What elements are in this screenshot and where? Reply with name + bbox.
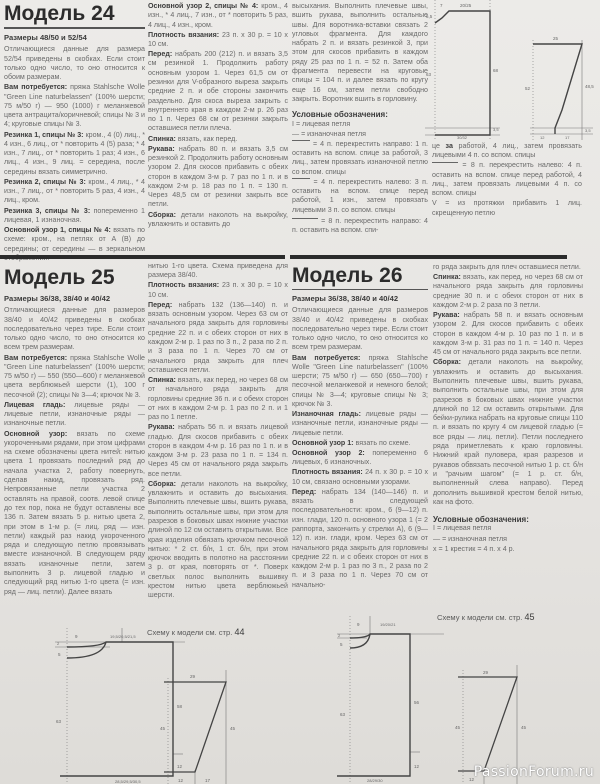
model25-gauge: Плотность вязания: 23 п. х 30 р. = 10 х …: [148, 281, 288, 300]
gauge-label: Плотность вязания:: [148, 31, 219, 39]
model25-column-1: Модель 25 Размеры 36/38, 38/40 и 40/42 О…: [4, 266, 145, 598]
rib1-label: Резинка 1, спицы № 3:: [4, 131, 84, 139]
svg-text:45: 45: [455, 725, 461, 730]
model26-gauge: Плотность вязания: 24 п. х 30 р. = 10 х …: [292, 468, 428, 487]
model25-intro: Отличающиеся данные для размеров 38/40 и…: [4, 306, 145, 352]
watermark: PassionForum.ru: [474, 764, 594, 780]
model26-title-rule: [292, 289, 428, 290]
svg-text:48,5: 48,5: [585, 84, 594, 89]
svg-text:19,5/20,5/21,5: 19,5/20,5/21,5: [110, 634, 136, 639]
svg-text:5: 5: [340, 642, 343, 647]
model24-intro: Отличающиеся данные для размера 52/54 пр…: [4, 45, 145, 82]
cable-right-8-icon: [292, 218, 318, 225]
model26-front: Перед: набрать 134 (140—146) п. и вязать…: [292, 488, 428, 590]
legend-item: = 8 п. перекрестить направо: 4 п. остави…: [292, 217, 428, 236]
svg-text:45: 45: [521, 725, 527, 730]
svg-text:17: 17: [205, 778, 211, 783]
model24-back: Спинка: вязать, как перед.: [148, 135, 288, 144]
model25-column-2: нитью 1-го цвета. Схема приведена для ра…: [148, 262, 288, 601]
model26-intro: Отличающиеся данные для размеров 38/40 и…: [292, 306, 428, 352]
cable-left-8-icon: [432, 162, 458, 169]
legend-item: I = лицевая петля: [292, 120, 428, 129]
rib2-label: Резинка 2, спицы № 3:: [4, 178, 86, 186]
front-label: Перед:: [148, 50, 172, 58]
model24-materials: Вам потребуется: пряжа Stahlsche Wolle "…: [4, 83, 145, 129]
svg-text:28,5/29,5/30,5: 28,5/29,5/30,5: [115, 779, 141, 784]
model24-sizes: Размеры 48/50 и 52/54: [4, 33, 145, 42]
model24-column-3: высыхания. Выполнить плечевые швы, вшить…: [292, 2, 428, 236]
model25-materials: Вам потребуется: пряжа Stahlsche Wolle "…: [4, 354, 145, 400]
svg-text:20/25: 20/25: [460, 3, 472, 8]
model25-sleeve-diagram: 29 45 45 12 17: [160, 670, 240, 784]
model26-column-1: Модель 26 Размеры 36/38, 38/40 и 40/42 О…: [292, 264, 428, 591]
legend-item: = 4 п. перекрестить направо: 1 п. остави…: [292, 140, 428, 177]
svg-text:63: 63: [340, 712, 346, 717]
svg-text:3,5: 3,5: [493, 127, 499, 132]
back-label: Спинка:: [148, 135, 176, 143]
model24-column-2: Основной узор 2, спицы № 4: кром., 4 изн…: [148, 2, 288, 230]
svg-text:29: 29: [190, 674, 196, 679]
model25-assembly: Сборка: детали наколоть на выкройку, увл…: [148, 480, 288, 601]
model24-column-4: це за работой, 4 лиц., затем провязать л…: [432, 142, 582, 219]
legend-item: — = изнаночная петля: [292, 130, 428, 139]
svg-text:30/32: 30/32: [457, 135, 468, 140]
model24-title: Модель 24: [4, 2, 145, 26]
front-text: набрать 200 (212) п. и вязать 3,5 см рез…: [148, 50, 288, 132]
legend-item: V = из протяжки прибавить 1 лиц. скрещен…: [432, 199, 582, 218]
model25-sleeves: Рукава: набрать 56 п. и вязать лицевой г…: [148, 423, 288, 479]
model26-reverse: Изнаночная гладь: лицевые ряды — изнаноч…: [292, 410, 428, 438]
model25-front: Перед: набрать 132 (136—140) п. и вязать…: [148, 301, 288, 375]
sleeves-label: Рукава:: [148, 145, 175, 153]
svg-text:12: 12: [540, 135, 545, 140]
model26-column-2: го ряда закрыть для плеч оставшиеся петл…: [433, 263, 583, 555]
back-text: вязать, как перед.: [178, 135, 237, 143]
model24-title-rule: [4, 27, 145, 29]
model26-sleeves: Рукава: набрать 58 п. и вязать основным …: [433, 311, 583, 357]
pattern2-label: Основной узор 2, спицы № 4:: [148, 2, 258, 10]
model24-legend-title: Условные обозначения:: [292, 110, 428, 119]
section-divider-left: [0, 255, 285, 259]
legend-item: = 4 п. перекрестить налево: 3 п. оставит…: [292, 178, 428, 215]
model24-assembly-start: Сборка: детали наколоть на выкройку, увл…: [148, 211, 288, 230]
pattern1-label: Основной узор 1, спицы № 4:: [4, 226, 111, 234]
svg-text:19/20/21: 19/20/21: [380, 622, 396, 627]
model24-rib2: Резинка 2, спицы № 3: кром., 4 лиц., * 4…: [4, 178, 145, 206]
svg-text:12: 12: [414, 764, 420, 769]
svg-text:5: 5: [58, 652, 61, 657]
svg-text:12: 12: [178, 778, 184, 783]
model26-back: Спинка: вязать, как перед, но через 68 с…: [433, 273, 583, 310]
svg-text:17: 17: [565, 135, 570, 140]
svg-text:45: 45: [230, 726, 236, 731]
legend-item-cont: це за работой, 4 лиц., затем провязать л…: [432, 142, 582, 161]
svg-text:28/29/30: 28/29/30: [367, 778, 383, 783]
model25-pattern: Основной узор: вязать по схеме укороченн…: [4, 430, 145, 597]
svg-text:6,5: 6,5: [426, 14, 433, 19]
svg-text:9: 9: [75, 634, 78, 639]
svg-text:52: 52: [525, 86, 531, 91]
section-divider-right: [290, 255, 567, 259]
model26-sizes: Размеры 36/38, 38/40 и 40/42: [292, 294, 428, 303]
model26-assembly: Сборка: детали наколоть на выкройку, увл…: [433, 358, 583, 507]
svg-text:29: 29: [483, 670, 489, 675]
model26-materials: Вам потребуется: пряжа Stahlsche Wolle "…: [292, 354, 428, 410]
model24-front: Перед: набрать 200 (212) п. и вязать 3,5…: [148, 50, 288, 134]
model24-rib3: Резинка 3, спицы № 3: попеременно 1 лице…: [4, 207, 145, 226]
model24-pattern2: Основной узор 2, спицы № 4: кром., 4 изн…: [148, 2, 288, 30]
svg-text:45: 45: [160, 726, 166, 731]
materials-label: Вам потребуется:: [4, 83, 67, 91]
svg-text:63: 63: [56, 719, 62, 724]
legend-item: = 8 п. перекрестить налево: 4 п. оставит…: [432, 161, 582, 198]
legend-item: I = лицевая петля: [433, 524, 583, 533]
assembly-label: Сборка:: [148, 211, 176, 219]
svg-text:9: 9: [357, 622, 360, 627]
model24-assembly-cont: высыхания. Выполнить плечевые швы, вшить…: [292, 2, 428, 104]
cable-right-4-icon: [292, 140, 310, 147]
model24-column-1: Модель 24 Размеры 48/50 и 52/54 Отличающ…: [4, 2, 145, 264]
svg-text:56: 56: [414, 700, 420, 705]
legend-item: — = изнаночная петля: [433, 535, 583, 544]
model24-rib1: Резинка 1, спицы № 3: кром., 4 (0) лиц.,…: [4, 131, 145, 177]
model25-stockinette: Лицевая гладь: лицевые ряды — лицевые пе…: [4, 401, 145, 429]
model26-pattern2: Основной узор 2: попеременно 6 лицевых, …: [292, 449, 428, 468]
magazine-page: Модель 24 Размеры 48/50 и 52/54 Отличающ…: [0, 0, 600, 784]
rib3-label: Резинка 3, спицы № 3:: [4, 207, 90, 215]
svg-text:63: 63: [426, 72, 432, 77]
model26-legend-title: Условные обозначения:: [433, 515, 583, 524]
svg-text:7: 7: [440, 3, 443, 8]
model26-pattern1: Основной узор 1: вязать по схеме.: [292, 439, 428, 448]
svg-text:25: 25: [553, 36, 559, 41]
model25-back: Спинка: вязать, как перед, но через 68 с…: [148, 376, 288, 422]
model26-front-diagram: 9 19/20/21 2 5 63 56 12 28/29/30: [332, 616, 452, 784]
model25-sizes: Размеры 36/38, 38/40 и 40/42: [4, 294, 145, 303]
sleeves-text: набрать 80 п. и вязать 3,5 см резинкой 2…: [148, 145, 288, 209]
model24-gauge: Плотность вязания: 23 п. х 30 р. = 10 х …: [148, 31, 288, 50]
svg-text:3,5: 3,5: [585, 128, 591, 133]
cable-left-4-icon: [292, 178, 310, 185]
model24-sleeves: Рукава: набрать 80 п. и вязать 3,5 см ре…: [148, 145, 288, 210]
model24-front-diagram: 7 20/25 6,5 63 68 3,5 30/32 25 52 48,5 3…: [425, 0, 600, 140]
legend-item: х = 1 крестик = 4 п. х 4 р.: [433, 545, 583, 554]
model25-title: Модель 25: [4, 266, 145, 290]
svg-text:68: 68: [493, 68, 499, 73]
model26-title: Модель 26: [292, 264, 428, 288]
